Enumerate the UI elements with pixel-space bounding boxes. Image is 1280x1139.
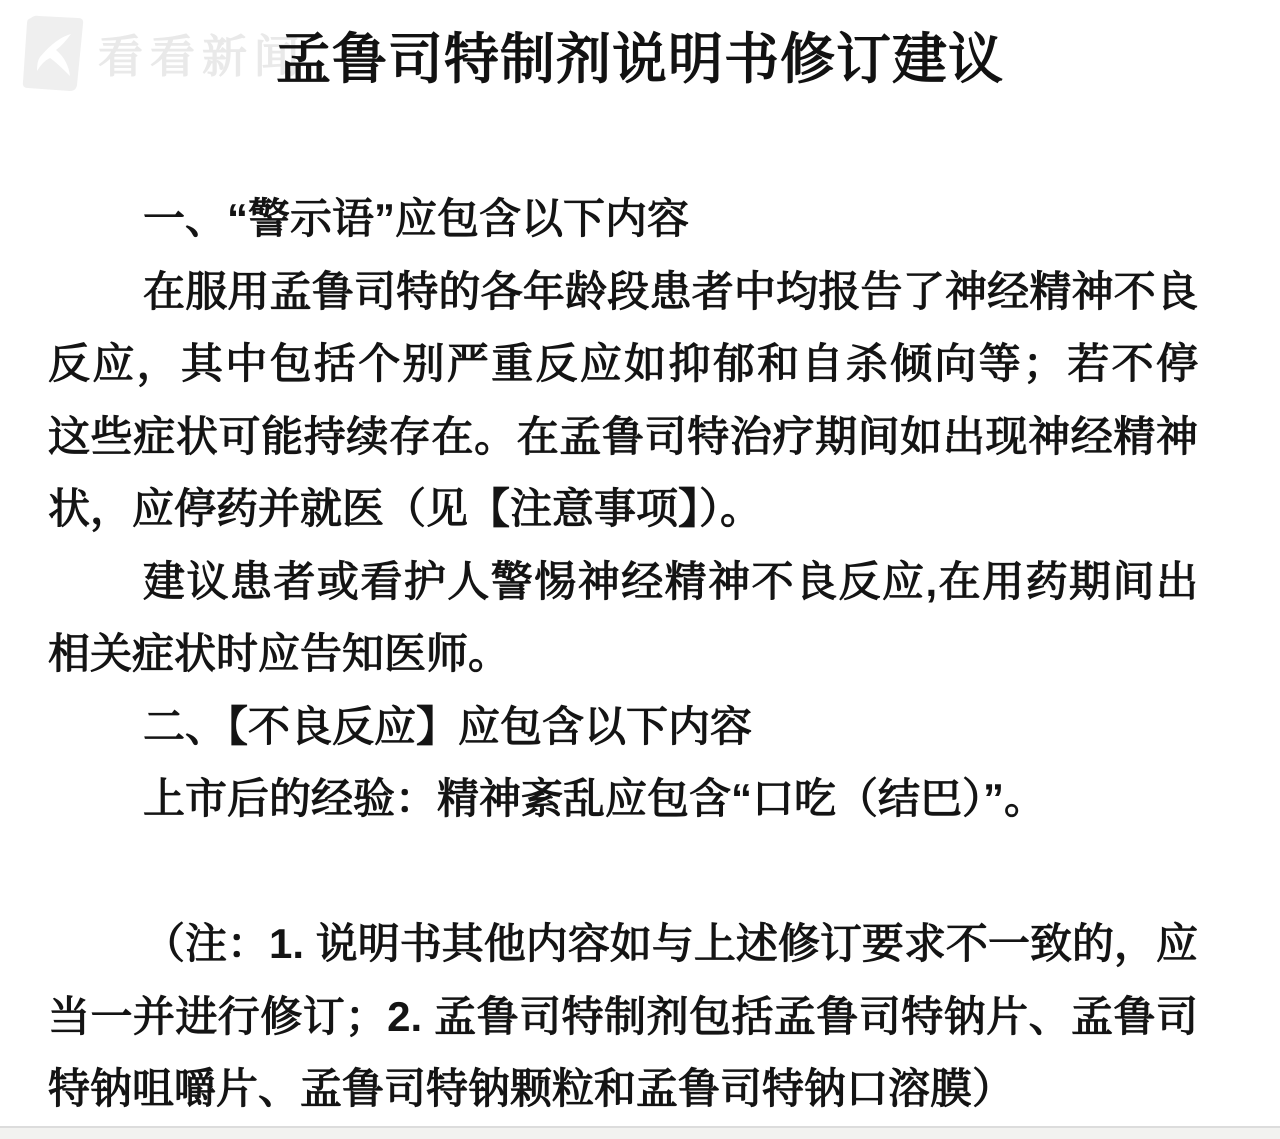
text-line: 状，应停药并就医（见【注意事项】）。 <box>48 473 1198 546</box>
note-paragraph: （注：1. 说明书其他内容如与上述修订要求不一致的，应 当一并进行修订；2. 孟… <box>48 908 1198 1126</box>
text-line: 反应，其中包括个别严重反应如抑郁和自杀倾向等；若不停药， <box>48 328 1198 401</box>
footer-bar <box>0 1126 1280 1139</box>
paragraph-3: 上市后的经验：精神紊乱应包含“口吃（结巴）”。 <box>48 763 1198 836</box>
text-line: （注：1. 说明书其他内容如与上述修订要求不一致的，应 <box>48 908 1198 981</box>
paragraph-2: 建议患者或看护人警惕神经精神不良反应,在用药期间出现 相关症状时应告知医师。 <box>48 546 1198 691</box>
text-line: 相关症状时应告知医师。 <box>48 618 1198 691</box>
text-line: 在服用孟鲁司特的各年龄段患者中均报告了神经精神不良 <box>48 256 1198 329</box>
paragraph-1: 在服用孟鲁司特的各年龄段患者中均报告了神经精神不良 反应，其中包括个别严重反应如… <box>48 256 1198 546</box>
text-line: 建议患者或看护人警惕神经精神不良反应,在用药期间出现 <box>48 546 1198 619</box>
document-page: 看看新闻 孟鲁司特制剂说明书修订建议 一、“警示语”应包含以下内容 在服用孟鲁司… <box>0 0 1280 1139</box>
document-body: 一、“警示语”应包含以下内容 在服用孟鲁司特的各年龄段患者中均报告了神经精神不良… <box>48 183 1198 1126</box>
text-line: 特钠咀嚼片、孟鲁司特钠颗粒和孟鲁司特钠口溶膜） <box>48 1053 1198 1126</box>
text-line: 这些症状可能持续存在。在孟鲁司特治疗期间如出现神经精神症 <box>48 401 1198 474</box>
blank-line <box>48 836 1198 909</box>
section-2-heading: 二、【不良反应】应包含以下内容 <box>48 691 1198 764</box>
page-title: 孟鲁司特制剂说明书修订建议 <box>0 20 1280 98</box>
section-1-heading: 一、“警示语”应包含以下内容 <box>48 183 1198 256</box>
text-line: 当一并进行修订；2. 孟鲁司特制剂包括孟鲁司特钠片、孟鲁司 <box>48 981 1198 1054</box>
